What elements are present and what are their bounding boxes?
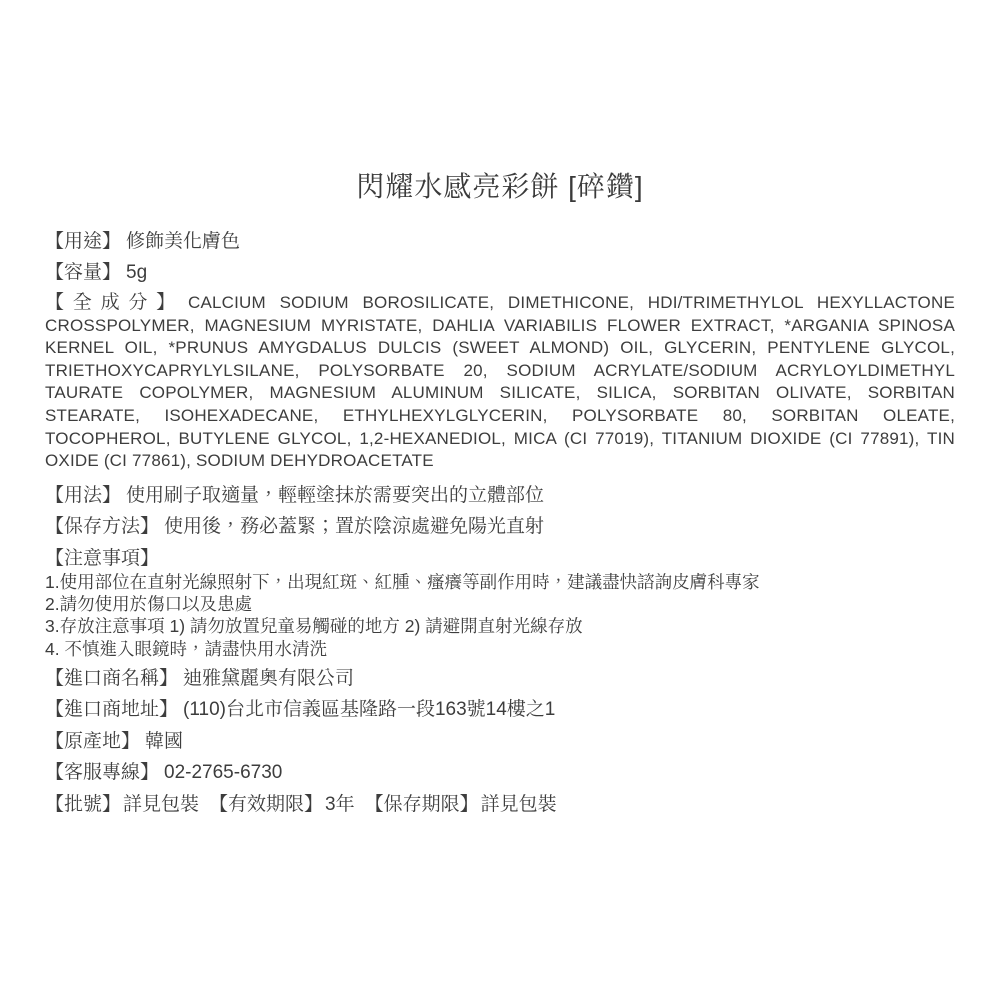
ingredients-label: 【全成分】 [45, 292, 184, 313]
precautions-label: 【注意事項】 [45, 547, 955, 571]
capacity-row: 【容量】5g [45, 260, 955, 286]
page-title: 閃耀水感亮彩餅 [碎鑽] [45, 165, 955, 205]
shelf-life-value: 詳見包裝 [481, 794, 557, 815]
expiry-label: 【有效期限】 [209, 794, 323, 815]
service-line-value: 02-2765-6730 [164, 762, 282, 783]
storage-label: 【保存方法】 [45, 516, 159, 537]
capacity-value: 5g [126, 262, 147, 283]
product-info-page: 閃耀水感亮彩餅 [碎鑽] 【用途】修飾美化膚色 【容量】5g 【全成分】CALC… [0, 0, 1000, 1000]
importer-name-value: 迪雅黛麗奧有限公司 [183, 668, 354, 689]
precaution-item: 3.存放注意事項 1) 請勿放置兒童易觸碰的地方 2) 請避開直射光線存放 [45, 615, 955, 637]
precaution-item: 2.請勿使用於傷口以及患處 [45, 593, 955, 615]
precaution-item: 4. 不慎進入眼鏡時，請盡快用水清洗 [45, 638, 955, 660]
shelf-life-label: 【保存期限】 [365, 794, 479, 815]
precautions-section: 【注意事項】 1.使用部位在直射光線照射下，出現紅斑、紅腫、瘙癢等副作用時，建議… [45, 547, 955, 660]
batch-value: 詳見包裝 [123, 794, 199, 815]
expiry-value: 3年 [325, 794, 355, 815]
service-line-label: 【客服專線】 [45, 762, 159, 783]
precaution-item: 1.使用部位在直射光線照射下，出現紅斑、紅腫、瘙癢等副作用時，建議盡快諮詢皮膚科… [45, 571, 955, 593]
application-value: 使用刷子取適量，輕輕塗抹於需要突出的立體部位 [126, 485, 544, 506]
origin-row: 【原產地】韓國 [45, 729, 955, 755]
storage-row: 【保存方法】使用後，務必蓋緊；置於陰涼處避免陽光直射 [45, 514, 955, 540]
batch-label: 【批號】 [45, 794, 121, 815]
ingredients-value: CALCIUM SODIUM BOROSILICATE, DIMETHICONE… [45, 293, 955, 470]
importer-name-row: 【進口商名稱】迪雅黛麗奧有限公司 [45, 666, 955, 692]
storage-value: 使用後，務必蓋緊；置於陰涼處避免陽光直射 [164, 516, 544, 537]
importer-address-label: 【進口商地址】 [45, 699, 178, 720]
capacity-label: 【容量】 [45, 262, 121, 283]
service-line-row: 【客服專線】02-2765-6730 [45, 760, 955, 786]
usage-row: 【用途】修飾美化膚色 [45, 229, 955, 255]
importer-address-value: (110)台北市信義區基隆路一段163號14樓之1 [183, 699, 555, 720]
importer-address-row: 【進口商地址】(110)台北市信義區基隆路一段163號14樓之1 [45, 697, 955, 723]
usage-label: 【用途】 [45, 231, 121, 252]
application-label: 【用法】 [45, 485, 121, 506]
ingredients-row: 【全成分】CALCIUM SODIUM BOROSILICATE, DIMETH… [45, 292, 955, 473]
origin-value: 韓國 [145, 731, 183, 752]
origin-label: 【原產地】 [45, 731, 140, 752]
importer-name-label: 【進口商名稱】 [45, 668, 178, 689]
batch-expiry-row: 【批號】詳見包裝【有效期限】3年【保存期限】詳見包裝 [45, 792, 955, 818]
application-row: 【用法】使用刷子取適量，輕輕塗抹於需要突出的立體部位 [45, 483, 955, 509]
usage-value: 修飾美化膚色 [126, 231, 240, 252]
